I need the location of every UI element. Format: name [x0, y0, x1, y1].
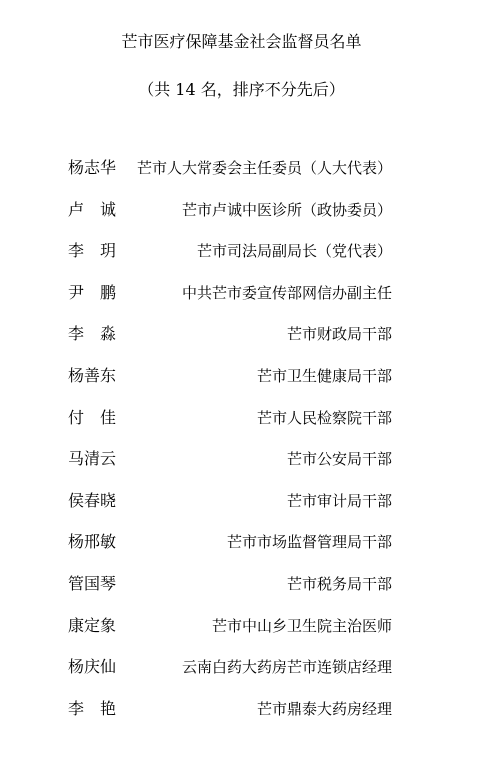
member-name: 康定象	[68, 617, 116, 635]
member-name: 卢 诚	[68, 201, 116, 219]
member-row: 付 佳 芒市人民检察院干部	[68, 409, 392, 451]
member-affiliation: 芒市财政局干部	[287, 325, 392, 343]
member-row: 李 淼 芒市财政局干部	[68, 325, 392, 367]
member-row: 杨善东 芒市卫生健康局干部	[68, 367, 392, 409]
member-name: 杨庆仙	[68, 658, 116, 676]
member-affiliation: 芒市人大常委会主任委员（人大代表）	[137, 159, 392, 177]
member-row: 杨邢敏 芒市市场监督管理局干部	[68, 533, 392, 575]
member-row: 李 玥 芒市司法局副局长（党代表）	[68, 242, 392, 284]
member-affiliation: 芒市人民检察院干部	[257, 409, 392, 427]
member-row: 康定象 芒市中山乡卫生院主治医师	[68, 617, 392, 659]
member-affiliation: 芒市卫生健康局干部	[257, 367, 392, 385]
member-name: 尹 鹏	[68, 284, 116, 302]
member-row: 尹 鹏 中共芒市委宣传部网信办副主任	[68, 284, 392, 326]
member-affiliation: 芒市市场监督管理局干部	[227, 533, 392, 551]
member-affiliation: 芒市税务局干部	[287, 575, 392, 593]
member-affiliation: 芒市公安局干部	[287, 450, 392, 468]
member-name: 杨邢敏	[68, 533, 116, 551]
document-page: 芒市医疗保障基金社会监督员名单 （共 14 名，排序不分先后） 杨志华 芒市人大…	[0, 0, 483, 772]
page-title: 芒市医疗保障基金社会监督员名单	[0, 0, 483, 52]
member-row: 管国琴 芒市税务局干部	[68, 575, 392, 617]
member-affiliation: 中共芒市委宣传部网信办副主任	[182, 284, 392, 302]
member-row: 马清云 芒市公安局干部	[68, 450, 392, 492]
member-row: 侯春晓 芒市审计局干部	[68, 492, 392, 534]
page-subtitle: （共 14 名，排序不分先后）	[0, 79, 483, 100]
member-list: 杨志华 芒市人大常委会主任委员（人大代表） 卢 诚 芒市卢诚中医诊所（政协委员）…	[0, 159, 483, 741]
member-name: 李 艳	[68, 700, 116, 718]
member-affiliation: 云南白药大药房芒市连锁店经理	[182, 658, 392, 676]
member-name: 付 佳	[68, 409, 116, 427]
member-name: 李 淼	[68, 325, 116, 343]
member-name: 马清云	[68, 450, 116, 468]
member-affiliation: 芒市鼎泰大药房经理	[257, 700, 392, 718]
member-row: 卢 诚 芒市卢诚中医诊所（政协委员）	[68, 201, 392, 243]
member-name: 杨善东	[68, 367, 116, 385]
member-affiliation: 芒市司法局副局长（党代表）	[197, 242, 392, 260]
member-row: 杨志华 芒市人大常委会主任委员（人大代表）	[68, 159, 392, 201]
member-name: 李 玥	[68, 242, 116, 260]
member-name: 侯春晓	[68, 492, 116, 510]
member-name: 管国琴	[68, 575, 116, 593]
member-row: 杨庆仙 云南白药大药房芒市连锁店经理	[68, 658, 392, 700]
member-affiliation: 芒市审计局干部	[287, 492, 392, 510]
member-row: 李 艳 芒市鼎泰大药房经理	[68, 700, 392, 742]
member-affiliation: 芒市中山乡卫生院主治医师	[212, 617, 392, 635]
member-name: 杨志华	[68, 159, 116, 177]
member-affiliation: 芒市卢诚中医诊所（政协委员）	[182, 201, 392, 219]
